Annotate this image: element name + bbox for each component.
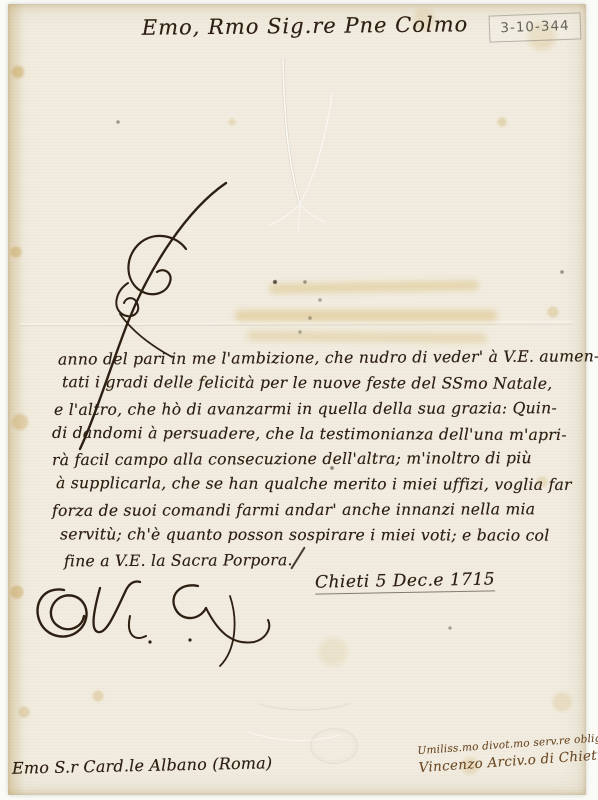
body-line: tati i gradi delle felicità per le nuove…	[52, 373, 582, 400]
ink-bleedthrough	[235, 272, 515, 352]
embossed-stamp	[310, 728, 358, 764]
body-line: forza de suoi comandi farmi andar' anche…	[52, 500, 582, 527]
body-line: di dandomi à persuadere, che la testimon…	[52, 424, 582, 452]
body-line: anno del pari in me l'ambizione, che nud…	[52, 347, 582, 376]
signature-block: Umiliss.mo divot.mo serv.re oblig.mo Vin…	[417, 733, 594, 776]
letter-body: anno del pari in me l'ambizione, che nud…	[52, 349, 582, 577]
letter-heading: Emo, Rmo Sig.re Pne Colmo	[140, 12, 470, 39]
body-line: rà facil campo alla consecuzione dell'al…	[52, 449, 582, 477]
body-line: servitù; ch'è quanto posson sospirare i …	[52, 525, 582, 552]
letter-scan: Emo, Rmo Sig.re Pne Colmo 3-10-344 anno …	[0, 0, 598, 800]
body-line: e l'altro, che hò di avanzarmi in quella…	[52, 399, 582, 426]
dateline: Chieti 5 Dec.e 1715	[315, 569, 496, 594]
valediction-flourish	[30, 576, 280, 668]
address-note: Emo S.r Card.le Albano (Roma)	[12, 753, 273, 777]
letter-paper: Emo, Rmo Sig.re Pne Colmo 3-10-344 anno …	[8, 4, 586, 795]
catalog-number: 3-10-344	[489, 12, 582, 42]
body-line: à supplicarla, che se han qualche merito…	[52, 475, 582, 502]
